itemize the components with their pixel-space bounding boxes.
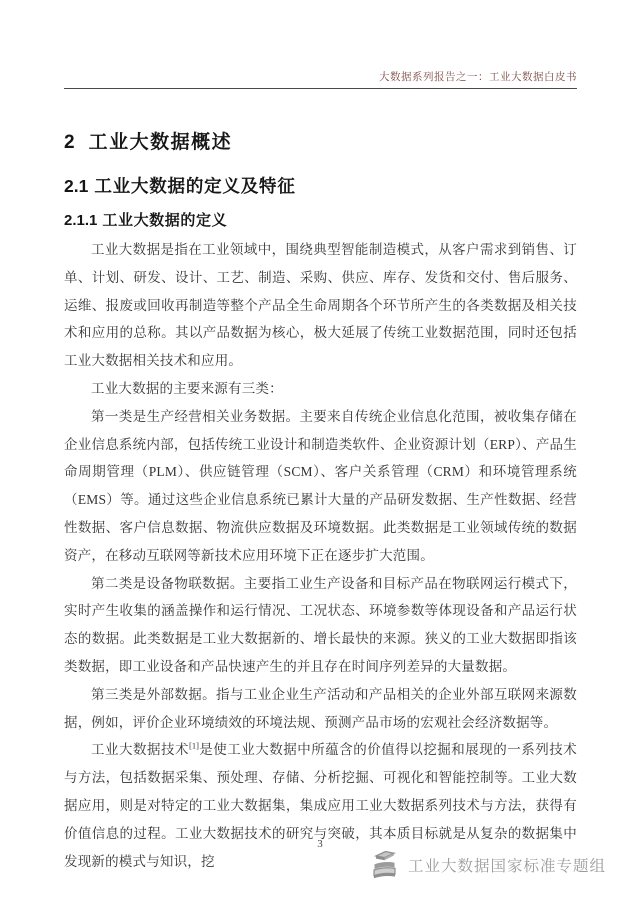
subsubsection-title: 工业大数据的定义 — [102, 212, 227, 229]
footnote-reference: [1] — [189, 741, 199, 751]
subsection-number: 2.1 — [64, 176, 88, 196]
paragraph-sources-intro: 工业大数据的主要来源有三类： — [64, 375, 577, 403]
body-text: 工业大数据是指在工业领域中，围绕典型智能制造模式，从客户需求到销售、订单、计划、… — [64, 236, 577, 875]
footer-logo: 工业大数据国家标准专题组 — [369, 848, 606, 882]
subsection-heading: 2.1工业大数据的定义及特征 — [64, 175, 577, 197]
paragraph-definition: 工业大数据是指在工业领域中，围绕典型智能制造模式，从客户需求到销售、订单、计划、… — [64, 236, 577, 375]
footer-logo-text: 工业大数据国家标准专题组 — [408, 854, 606, 876]
subsubsection-number: 2.1.1 — [64, 212, 97, 229]
section-heading: 2工业大数据概述 — [64, 131, 577, 155]
stacked-books-icon — [369, 848, 399, 882]
running-header: 大数据系列报告之一：工业大数据白皮书 — [64, 70, 577, 89]
document-page: 大数据系列报告之一：工业大数据白皮书 2工业大数据概述 2.1工业大数据的定义及… — [0, 0, 640, 906]
paragraph-technology-pre: 工业大数据技术 — [91, 742, 189, 757]
subsubsection-heading: 2.1.1工业大数据的定义 — [64, 211, 577, 231]
subsection-title: 工业大数据的定义及特征 — [94, 176, 295, 196]
paragraph-source-type-1: 第一类是生产经营相关业务数据。主要来自传统企业信息化范围，被收集存储在企业信息系… — [64, 403, 577, 570]
section-title: 工业大数据概述 — [89, 132, 233, 153]
running-header-label: 大数据系列报告之一：工业大数据白皮书 — [379, 72, 577, 83]
paragraph-source-type-2: 第二类是设备物联数据。主要指工业生产设备和目标产品在物联网运行模式下，实时产生收… — [64, 570, 577, 681]
paragraph-source-type-3: 第三类是外部数据。指与工业企业生产活动和产品相关的企业外部互联网来源数据，例如，… — [64, 681, 577, 737]
section-number: 2 — [64, 132, 75, 153]
